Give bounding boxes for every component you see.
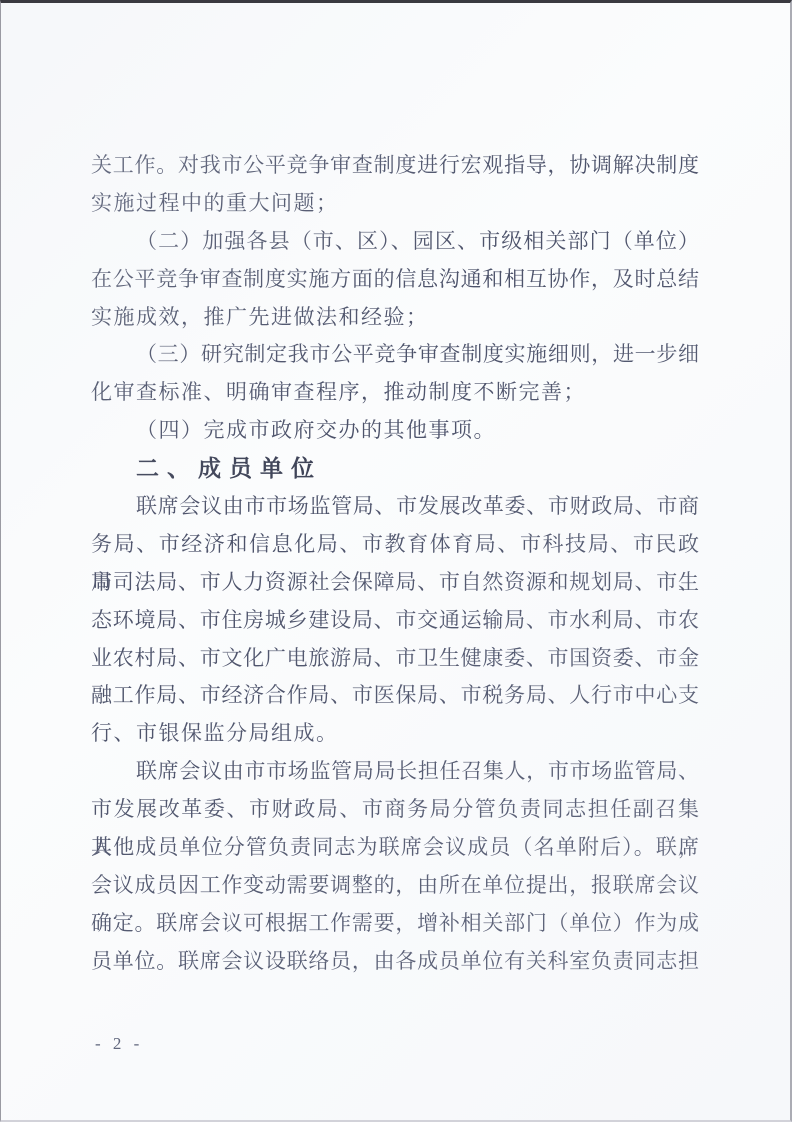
text-line: 融工作局、市经济合作局、市医保局、市税务局、人行市中心支 [91,677,699,715]
text-line: 其他成员单位分管负责同志为联席会议成员（名单附后）。联席 [91,829,699,867]
text-line: 市司法局、市人力资源社会保障局、市自然资源和规划局、市生 [91,564,699,602]
document-text-block: 关工作。对我市公平竞争审查制度进行宏观指导，协调解决制度 实施过程中的重大问题；… [91,147,699,981]
page-number: - 2 - [95,1034,143,1054]
text-line: 会议成员因工作变动需要调整的，由所在单位提出，报联席会议 [91,867,699,905]
section-heading: 二、成员单位 [91,450,699,488]
text-line: 态环境局、市住房城乡建设局、市交通运输局、市水利局、市农 [91,602,699,640]
text-line: 实施过程中的重大问题； [91,185,699,223]
text-line: 确定。联席会议可根据工作需要，增补相关部门（单位）作为成 [91,905,699,943]
text-line: 关工作。对我市公平竞争审查制度进行宏观指导，协调解决制度 [91,147,699,185]
text-line: 实施成效，推广先进做法和经验； [91,299,699,337]
text-line: 员单位。联席会议设联络员，由各成员单位有关科室负责同志担 [91,943,699,981]
text-line: 业农村局、市文化广电旅游局、市卫生健康委、市国资委、市金 [91,640,699,678]
text-line: 化审查标准、明确审查程序，推动制度不断完善； [91,374,699,412]
text-line: 联席会议由市市场监管局局长担任召集人，市市场监管局、 [91,753,699,791]
text-line: 行、市银保监分局组成。 [91,715,699,753]
document-page: 关工作。对我市公平竞争审查制度进行宏观指导，协调解决制度 实施过程中的重大问题；… [0,0,792,1122]
text-line: 联席会议由市市场监管局、市发展改革委、市财政局、市商 [91,488,699,526]
text-line: （二）加强各县（市、区）、园区、市级相关部门（单位） [91,223,699,261]
text-line: （四）完成市政府交办的其他事项。 [91,412,699,450]
text-line: 市发展改革委、市财政局、市商务局分管负责同志担任副召集人， [91,791,699,829]
text-line: （三）研究制定我市公平竞争审查制度实施细则，进一步细 [91,336,699,374]
text-line: 务局、市经济和信息化局、市教育体育局、市科技局、市民政局、 [91,526,699,564]
text-line: 在公平竞争审查制度实施方面的信息沟通和相互协作，及时总结 [91,261,699,299]
